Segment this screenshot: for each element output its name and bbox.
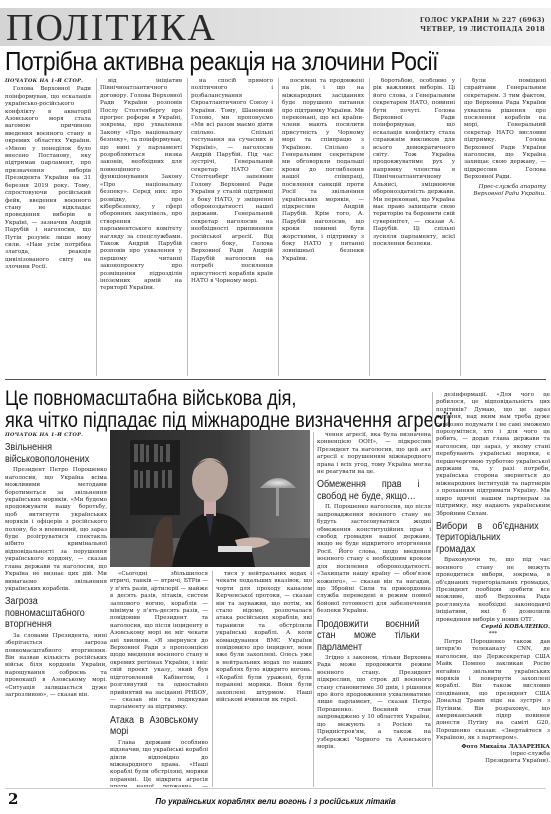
headline-line: яка чітко підпадає під міжнародне визнач… bbox=[5, 410, 452, 432]
paragraph: на спосіб прямого політичного і розбалан… bbox=[191, 78, 273, 285]
paragraph: Президент Петро Порошенко наголосив, що … bbox=[5, 467, 107, 593]
paragraph: тися у нейтральних водах і чекати подаль… bbox=[216, 571, 312, 704]
photo-illustration bbox=[110, 430, 310, 567]
article2-column-5: дезінформації. «Для чого це робилося, це… bbox=[432, 392, 550, 787]
article2-column-3: тися у нейтральних водах і чекати подаль… bbox=[212, 571, 312, 787]
continued-kicker: ПОЧАТОК НА 1-Й СТОР. bbox=[5, 432, 107, 439]
section-title: ПОЛІТИКА bbox=[6, 8, 217, 48]
paragraph: були поміщені спрайтами Генеральним секр… bbox=[464, 78, 546, 182]
paragraph: «Сьогодні збільшилося втричі, танків — в… bbox=[110, 571, 208, 712]
article2-column-4: чення агресії, яка була визначена конвен… bbox=[313, 432, 431, 787]
paragraph: Голова Верховної Ради поінформував, що е… bbox=[5, 86, 91, 271]
photo-credit-line: Президента України). bbox=[436, 758, 550, 765]
paragraph: Враховуючи те, що під час воєнного стану… bbox=[436, 557, 550, 624]
article1-column-5: боротьбою, особливо у рік важливих вибор… bbox=[369, 78, 455, 376]
byline: Сергій КОВАЛЕНКО. bbox=[436, 624, 550, 631]
continued-kicker: ПОЧАТОК НА 1-Й СТОР. bbox=[5, 78, 91, 85]
subhead-azov: Атака в Азовському морі bbox=[110, 715, 198, 738]
photo-credit-line: Фото Михаїла ЛАЗАРЕНКА bbox=[436, 744, 550, 751]
paragraph: посилені та продовжені на рік, і що на м… bbox=[282, 78, 364, 263]
article1-column-3: на спосіб прямого політичного і розбалан… bbox=[187, 78, 273, 376]
article1-column-4: посилені та продовжені на рік, і що на м… bbox=[278, 78, 364, 376]
subhead-elections: Вибори в об'єднаних територіальних грома… bbox=[436, 521, 539, 556]
article1-column-6: були поміщені спрайтами Генеральним секр… bbox=[460, 78, 546, 376]
signature-line: Верховної Ради України. bbox=[464, 191, 546, 198]
paragraph: За словами Президента, нині зберігається… bbox=[5, 633, 107, 700]
masthead-date: ЧЕТВЕР, 19 ЛИСТОПАДА 2018 bbox=[420, 25, 545, 34]
signature-line: Прес-служба апарату bbox=[464, 184, 546, 191]
article1-column-1: ПОЧАТОК НА 1-Й СТОР. Голова Верховної Ра… bbox=[5, 78, 91, 376]
photo-president-at-desk bbox=[110, 430, 310, 567]
article2-column-2: «Сьогодні збільшилося втричі, танків — в… bbox=[110, 571, 208, 787]
photo-credit: Фото Михаїла ЛАЗАРЕНКА (прес-служба През… bbox=[436, 744, 550, 766]
headline-line: Це повномасштабна військова дія, bbox=[5, 388, 452, 410]
paragraph: Згідно з законом, тільки Верховна Рада м… bbox=[317, 655, 431, 751]
paragraph: П. Порошенко наголосив, що після запрова… bbox=[317, 504, 431, 615]
article1-signature: Прес-служба апарату Верховної Ради Украї… bbox=[464, 184, 546, 199]
subhead-release: Звільнення військовополонених bbox=[5, 442, 97, 465]
footer-caption: По українських кораблях вели вогонь і з … bbox=[0, 797, 551, 806]
separator: *** bbox=[436, 631, 550, 638]
subhead-threat: Загроза повномасштабного вторгнення bbox=[5, 596, 97, 631]
paragraph: боротьбою, особливо у рік важливих вибор… bbox=[373, 78, 455, 248]
paragraph: чення агресії, яка була визначена конвен… bbox=[317, 432, 431, 476]
paragraph: Петро Порошенко також дав інтерв'ю телек… bbox=[436, 639, 550, 743]
footer-divider bbox=[5, 788, 546, 789]
section-divider bbox=[5, 379, 546, 380]
article2-column-1: ПОЧАТОК НА 1-Й СТОР. Звільнення військов… bbox=[5, 432, 107, 787]
paragraph: дезінформації. «Для чого це робилося, це… bbox=[436, 392, 550, 518]
article1-column-2: від ініціатив Північноатлантичного догов… bbox=[96, 78, 182, 376]
paragraph: Глава держави особливо відзначив, що укр… bbox=[110, 740, 208, 787]
article1-body: ПОЧАТОК НА 1-Й СТОР. Голова Верховної Ра… bbox=[5, 78, 546, 376]
masthead: ГОЛОС УКРАЇНИ № 227 (6963) ЧЕТВЕР, 19 ЛИ… bbox=[420, 16, 545, 34]
masthead-issue: ГОЛОС УКРАЇНИ № 227 (6963) bbox=[420, 16, 545, 25]
subhead-limits: Обмеження прав і свобод не буде, якщо… bbox=[317, 479, 420, 502]
article2-headline: Це повномасштабна військова дія, яка чіт… bbox=[5, 388, 452, 432]
subhead-parliament: Продовжити воєнний стан може тільки парл… bbox=[317, 619, 420, 654]
paragraph: від ініціатив Північноатлантичного догов… bbox=[100, 78, 182, 293]
article1-headline: Потрібна активна реакція на злочини Росі… bbox=[5, 46, 438, 76]
